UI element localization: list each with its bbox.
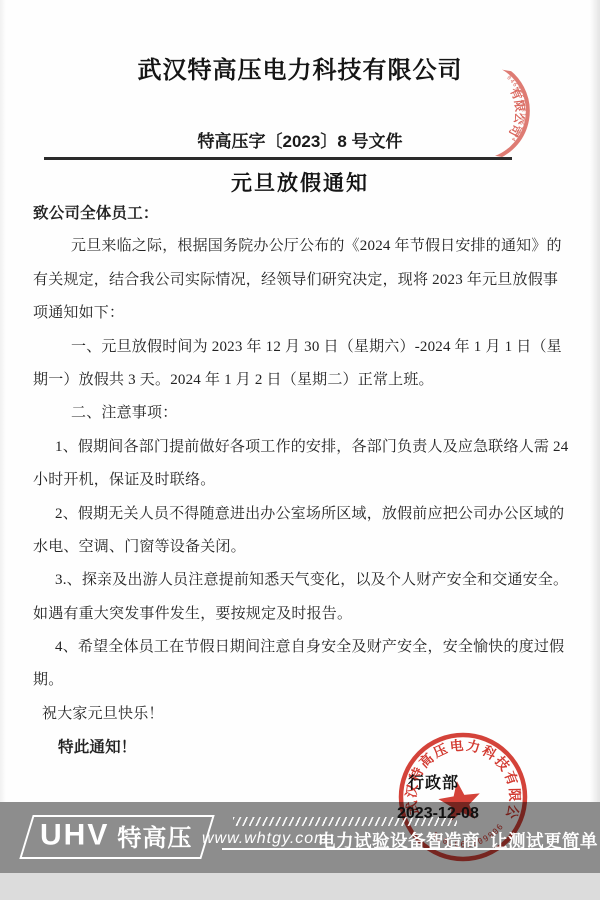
ghost-seal-impression: 有限公司 0460054181061004 bbox=[436, 61, 542, 162]
page-edge-shade-left bbox=[0, 0, 6, 810]
body-line: 1、假期间各部门提前做好各项工作的安排，各部门负责人及应急联络人需 24 bbox=[33, 431, 565, 464]
scanned-notice-document: 有限公司 0460054181061004 武汉特高压电力科技有限公司 特高压字… bbox=[0, 0, 600, 900]
footer: UHV特高压 www.whtgy.com 电力试验设备智造商让测试更简单 bbox=[0, 802, 600, 873]
signature-date: 2023-12-08 bbox=[397, 805, 479, 823]
body-line: 小时开机，保证及时联络。 bbox=[33, 464, 565, 497]
footer-underline bbox=[222, 848, 580, 850]
notice-title: 元旦放假通知 bbox=[0, 167, 600, 197]
body-line: 项通知如下： bbox=[33, 297, 565, 330]
body-line: 如遇有重大突发事件发生，要按规定及时报告。 bbox=[33, 598, 565, 631]
body-line: 二、注意事项： bbox=[33, 397, 565, 430]
body-line: 3.、探亲及出游人员注意提前知悉天气变化，以及个人财产安全和交通安全。 bbox=[33, 564, 565, 597]
signature-department: 行政部 bbox=[408, 770, 459, 793]
footer-website: www.whtgy.com bbox=[202, 830, 329, 848]
brand-logo-cn: 特高压 bbox=[117, 825, 192, 852]
body-line: 期一）放假共 3 天。2024 年 1 月 2 日（星期二）正常上班。 bbox=[33, 364, 565, 397]
body-line: 2、假期无关人员不得随意进出办公室场所区域，放假前应把公司办公区域的 bbox=[33, 498, 565, 531]
body-line: 致公司全体员工： bbox=[33, 197, 565, 230]
body-line: 有关规定，结合我公司实际情况，经领导们研究决定，现将 2023 年元旦放假事 bbox=[33, 264, 565, 297]
brand-logo-uhv: UHV bbox=[40, 819, 109, 852]
body-line: 期。 bbox=[33, 664, 565, 697]
body-line: 一、元旦放假时间为 2023 年 12 月 30 日（星期六）-2024 年 1… bbox=[33, 331, 565, 364]
page-edge-shade-right bbox=[590, 0, 600, 810]
body-line: 4、希望全体员工在节假日期间注意自身安全及财产安全，安全愉快的度过假 bbox=[33, 631, 565, 664]
body-line: 水电、空调、门窗等设备关闭。 bbox=[33, 531, 565, 564]
body-line: 元旦来临之际，根据国务院办公厅公布的《2024 年节假日安排的通知》的 bbox=[33, 230, 565, 263]
header-divider-line bbox=[44, 157, 512, 160]
document-body: 致公司全体员工：元旦来临之际，根据国务院办公厅公布的《2024 年节假日安排的通… bbox=[33, 197, 565, 765]
brand-logo: UHV特高压 bbox=[40, 818, 200, 853]
footer-lower-strip bbox=[0, 873, 600, 900]
